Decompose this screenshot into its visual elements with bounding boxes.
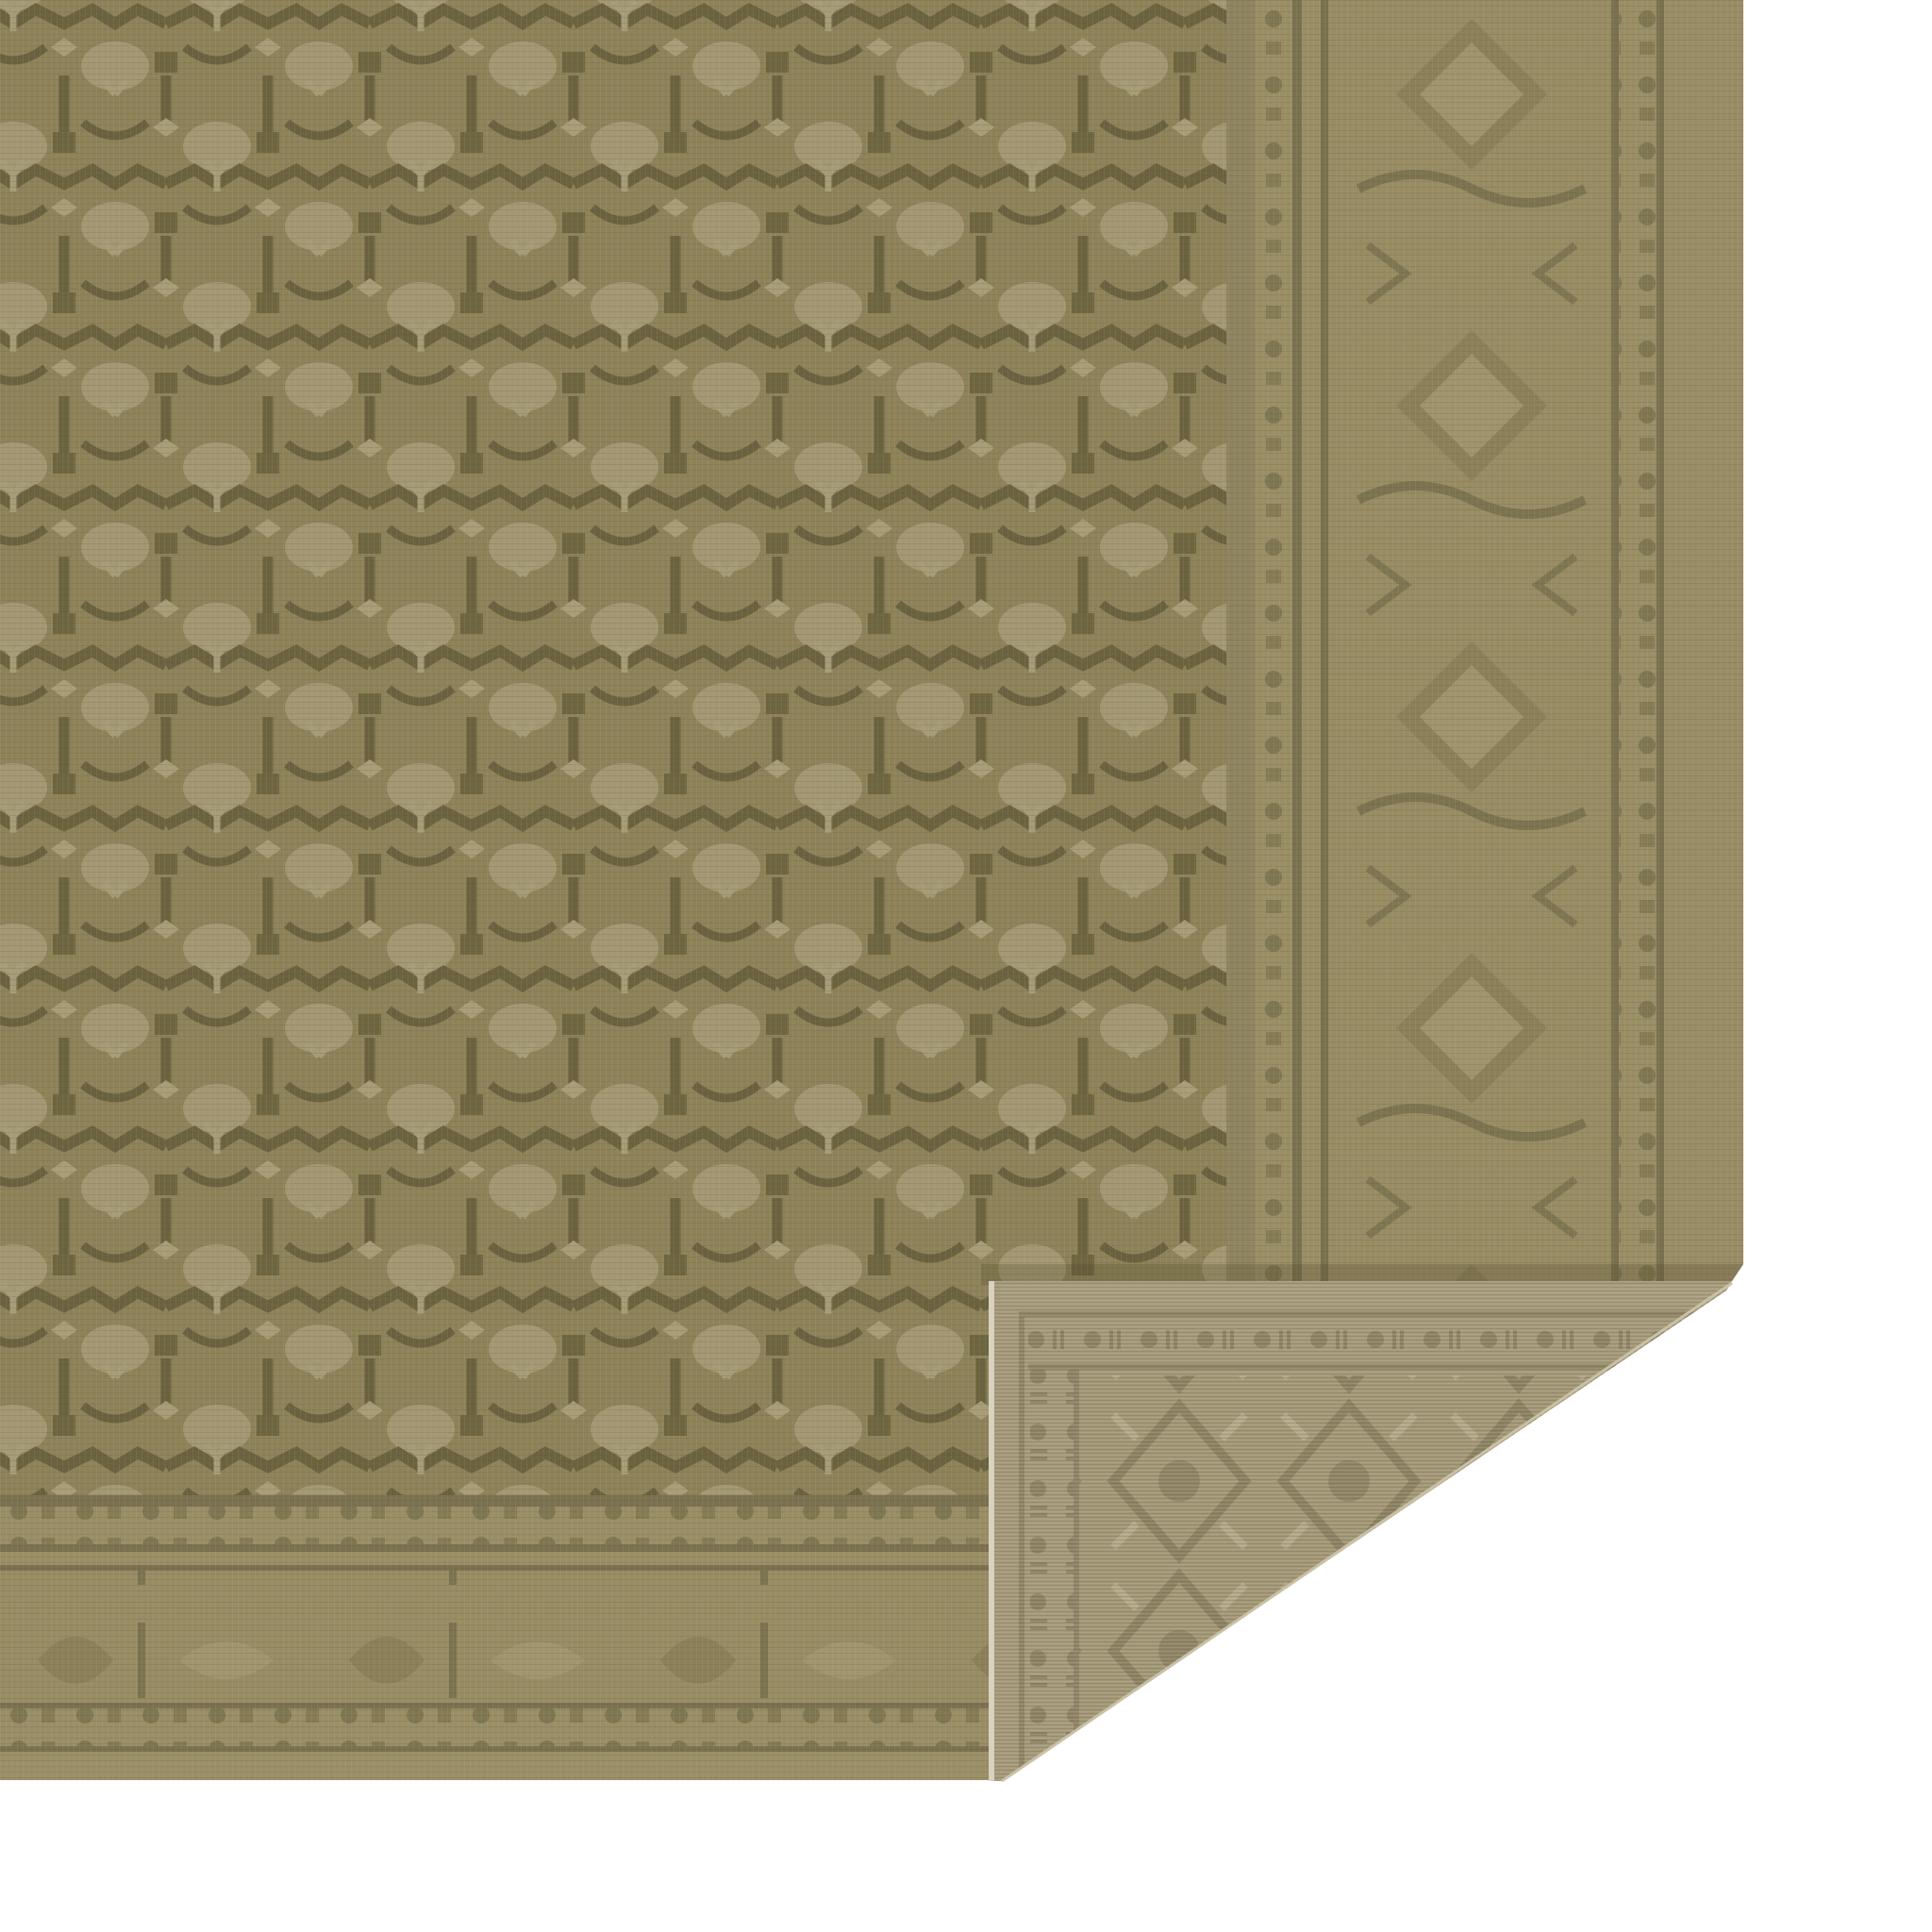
rug-photo xyxy=(0,0,1932,1932)
rug-illustration xyxy=(0,0,1932,1932)
